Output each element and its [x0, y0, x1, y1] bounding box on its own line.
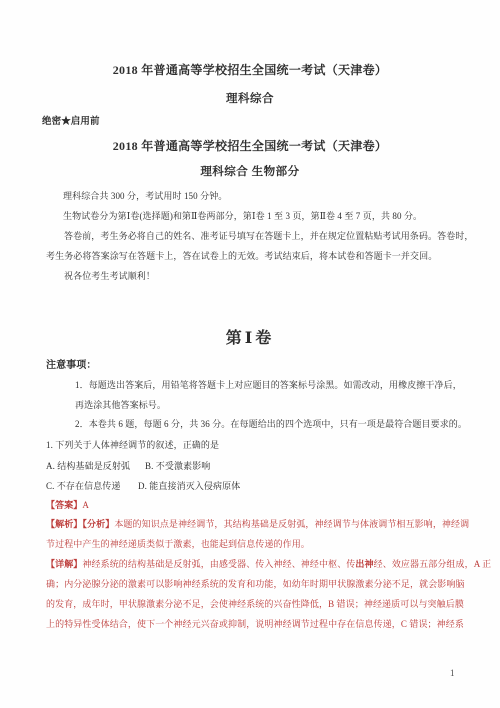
- question-1-option-a: A. 结构基础是反射弧: [46, 461, 145, 473]
- notice-item-1-line-2: 再选涂其他答案标号。: [75, 400, 166, 412]
- answer-label: 【答案】: [46, 500, 82, 510]
- detail-text-1a: 神经系统的结构基础是反射弧，由感受器、传入神经、神经中枢、传: [82, 559, 355, 569]
- good-luck-line: 祝各位考生考试顺利！: [64, 271, 155, 283]
- analysis-line-2: 节过程中产生的神经递质类似于激素，也能起到信息传递的作用。: [46, 539, 310, 551]
- detail-line-3: 的发育，成年时，甲状腺激素分泌不足，会使神经系统的兴奋性降低，B 错误；神经递质…: [46, 599, 464, 611]
- detail-line-2: 确；内分泌腺分泌的激素可以影响神经系统的发育和功能，如幼年时期甲状腺激素分泌不足…: [46, 579, 465, 591]
- exam-subject-part: 理科综合 生物部分: [0, 165, 500, 180]
- detail-text-1b-bold: 出神: [355, 559, 373, 569]
- exam-title-repeat: 2018 年普通高等学校招生全国统一考试（天津卷）: [0, 139, 500, 155]
- question-1-option-c: C. 不存在信息传递: [46, 481, 138, 493]
- info-paper-structure: 生物试卷分为第Ⅰ卷(选择题)和第Ⅱ卷两部分，第Ⅰ卷 1 至 3 页，第Ⅱ卷 4 …: [63, 211, 422, 223]
- detail-line-4: 上的特异性受体结合，使下一个神经元兴奋或抑制，说明神经调节过程中存在信息传递，C…: [46, 619, 464, 631]
- analysis-label: 【解析】【分析】: [46, 519, 114, 529]
- question-1-option-b: B. 不受激素影响: [145, 461, 210, 471]
- secrecy-notice: 绝密★启用前: [42, 116, 100, 128]
- detail-label: 【详解】: [46, 559, 82, 569]
- info-answer-rules-line-2: 考生务必将答案涂写在答题卡上，答在试卷上的无效。考试结束后，将本试卷和答题卡一并…: [46, 251, 437, 263]
- answer-value: A: [82, 500, 89, 510]
- notice-item-1-line-1: 1．每题选出答案后，用铅笔将答题卡上对应题目的答案标号涂黑。如需改动，用橡皮擦干…: [75, 380, 462, 392]
- question-1-options-row-cd: C. 不存在信息传递D. 能直接消灭入侵病原体: [46, 481, 240, 493]
- exam-subject: 理科综合: [0, 92, 500, 107]
- detail-text-1c: 经、效应器五部分组成，A 正: [374, 559, 492, 569]
- info-answer-rules-line-1: 答卷前，考生务必将自己的姓名、准考证号填写在答题卡上，并在规定位置粘贴考试用条码…: [64, 231, 474, 243]
- question-1-option-d: D. 能直接消灭入侵病原体: [138, 481, 240, 491]
- question-1-stem: 1. 下列关于人体神经调节的叙述，正确的是: [46, 440, 219, 452]
- question-1-options-row-ab: A. 结构基础是反射弧B. 不受激素影响: [46, 461, 210, 473]
- exam-document-page: 2018 年普通高等学校招生全国统一考试（天津卷） 理科综合 绝密★启用前 20…: [0, 0, 500, 708]
- page-number: 1: [450, 668, 455, 680]
- section-1-title: 第Ⅰ卷: [0, 329, 500, 350]
- answer-line: 【答案】A: [46, 500, 89, 512]
- notice-heading: 注意事项：: [46, 359, 97, 372]
- exam-title: 2018 年普通高等学校招生全国统一考试（天津卷）: [0, 63, 500, 79]
- analysis-text-1: 本题的知识点是神经调节，其结构基础是反射弧，神经调节与体液调节相互影响，神经调: [114, 519, 469, 529]
- info-total-score: 理科综合共 300 分，考试用时 150 分钟。: [63, 191, 227, 203]
- analysis-line-1: 【解析】【分析】本题的知识点是神经调节，其结构基础是反射弧，神经调节与体液调节相…: [46, 519, 469, 531]
- notice-item-2: 2．本卷共 6 题，每题 6 分，共 36 分。在每题给出的四个选项中，只有一项…: [75, 419, 467, 431]
- detail-line-1: 【详解】神经系统的结构基础是反射弧，由感受器、传入神经、神经中枢、传出神经、效应…: [46, 559, 491, 571]
